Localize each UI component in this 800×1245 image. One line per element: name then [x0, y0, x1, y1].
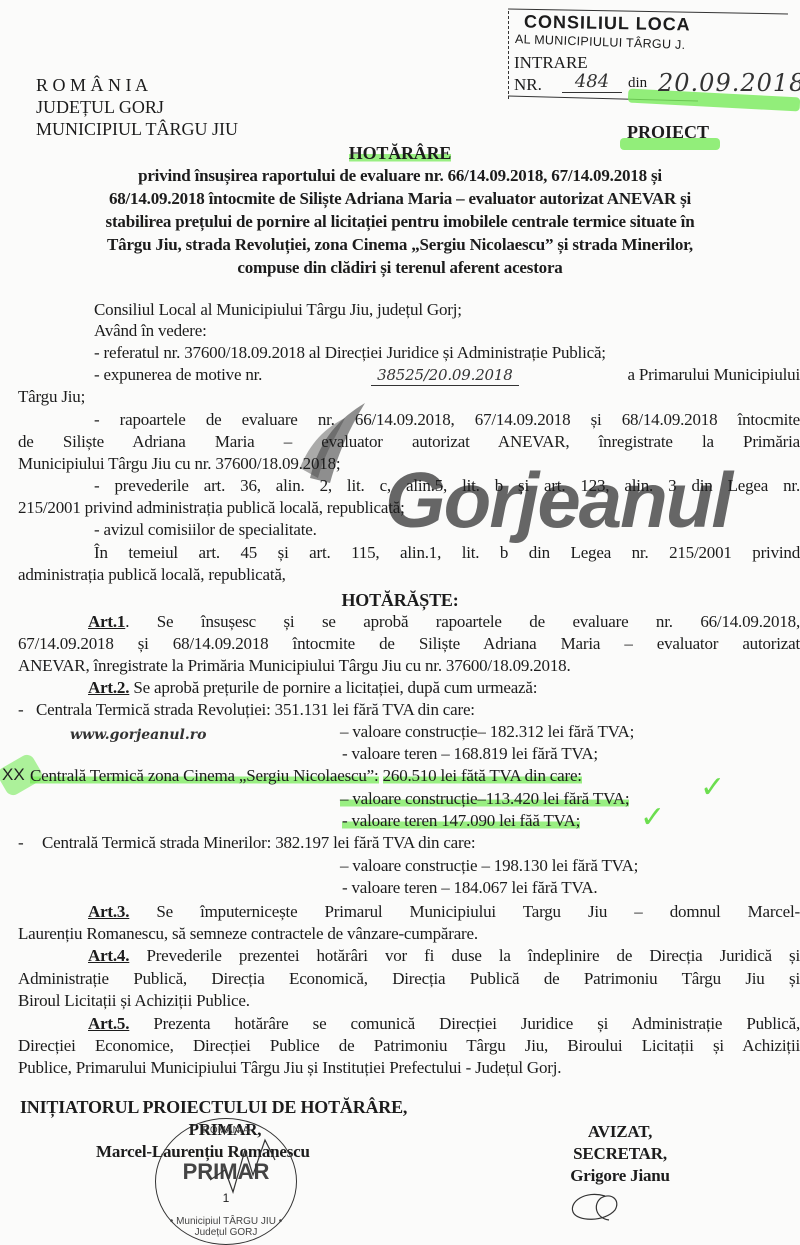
- preamble-council: Consiliul Local al Municipiului Târgu Ji…: [94, 300, 462, 320]
- preamble-temei: administrația publică locală, republicat…: [18, 565, 286, 585]
- article-text: Administrație Publică, Direcția Economic…: [18, 969, 800, 989]
- initiator-title: INIȚIATORUL PROIECTULUI DE HOTĂRÂRE,: [20, 1097, 407, 1117]
- watermark: Gorjeanul: [385, 455, 731, 546]
- price-item-name: Centrala Termică strada Revoluției:: [36, 700, 271, 719]
- secretary-name: Grigore Jianu: [540, 1166, 700, 1186]
- article-label: Art.4.: [88, 946, 129, 965]
- preamble-item: de Siliște Adriana Maria – evaluator aut…: [18, 432, 800, 452]
- stamp-line-1: CONSILIUL LOCA: [524, 12, 691, 36]
- price-item-construction: – valoare construcție–113.420 lei fără T…: [340, 789, 629, 809]
- stamp-din-label: din: [628, 75, 647, 92]
- article-2: Art.2. Se aprobă prețurile de pornire a …: [88, 678, 537, 698]
- price-item-name: Centrală Termică zona Cinema „Sergiu Nic…: [30, 766, 379, 785]
- article-3: Art.3. Se împuternicește Primarul Munici…: [88, 902, 800, 922]
- article-label: Art.1: [88, 612, 125, 631]
- stamp-frame: [508, 11, 509, 99]
- stamp-date-value: 20.09.2018: [658, 69, 800, 97]
- subtitle-line: 68/14.09.2018 întocmite de Siliște Adria…: [0, 189, 800, 209]
- header-municipality: MUNICIPIUL TÂRGU JIU: [36, 119, 238, 139]
- price-item: Centrala Termică strada Revoluției: 351.…: [36, 700, 475, 720]
- article-text: Prevederile prezentei hotărâri vor fi du…: [129, 946, 800, 965]
- price-item-total: 382.197 lei fără TVA din care:: [275, 833, 475, 852]
- article-text: Prezenta hotărâre se comunică Direcției …: [129, 1014, 800, 1033]
- article-text: 67/14.09.2018 și 68/14.09.2018 întocmite…: [18, 634, 800, 654]
- document-title: HOTĂRÂRE: [349, 143, 451, 163]
- checkmark-icon: ✓: [640, 800, 665, 835]
- article-text: Se împuternicește Primarul Municipiului …: [129, 902, 800, 921]
- article-4: Art.4. Prevederile prezentei hotărâri vo…: [88, 946, 800, 966]
- article-text: Publice, Primarului Municipiului Târgu J…: [18, 1058, 561, 1078]
- article-5: Art.5. Prezenta hotărâre se comunică Dir…: [88, 1014, 800, 1034]
- registration-stamp: CONSILIUL LOCA AL MUNICIPIULUI TÂRGU J. …: [500, 5, 800, 115]
- subtitle-line: stabilirea prețului de pornire al licita…: [0, 212, 800, 232]
- article-text: . Se însușesc și se aprobă rapoartele de…: [125, 612, 800, 631]
- website-watermark: www.gorjeanul.ro: [70, 727, 206, 743]
- price-item-bullet: -: [18, 700, 23, 720]
- preamble-item: 215/2001 privind administrația publică l…: [18, 498, 405, 518]
- approved-label: AVIZAT,: [540, 1122, 700, 1142]
- article-1: Art.1. Se însușesc și se aprobă rapoarte…: [88, 612, 800, 632]
- price-item-land-text: - valoare teren 147.090 lei făă TVA;: [342, 811, 580, 830]
- preamble-considering: Având în vedere:: [94, 321, 207, 341]
- price-item: Centrală Termică strada Minerilor: 382.1…: [42, 833, 475, 853]
- checkmark-icon: ✓: [700, 770, 725, 805]
- price-item-total: 260.510 lei fătă TVA din care:: [383, 766, 582, 785]
- stamp-nr-value: 484: [562, 71, 622, 93]
- expunere-prefix: - expunerea de motive nr.: [94, 365, 262, 386]
- price-item-name: Centrală Termică strada Minerilor:: [42, 833, 271, 852]
- preamble-temei: În temeiul art. 45 și art. 115, alin.1, …: [94, 543, 800, 563]
- article-text: Laurențiu Romanescu, să semneze contract…: [18, 924, 478, 944]
- price-item-construction-text: – valoare construcție–113.420 lei fără T…: [340, 789, 629, 808]
- expunere-suffix: a Primarului Municipiului: [627, 365, 800, 386]
- preamble-item: - referatul nr. 37600/18.09.2018 al Dire…: [94, 343, 606, 363]
- stamp-nr-label: NR.: [514, 75, 542, 95]
- header-country: R O M Â N I A: [36, 75, 148, 95]
- price-item: Centrală Termică zona Cinema „Sergiu Nic…: [30, 766, 582, 786]
- preamble-item: - rapoartele de evaluare nr. 66/14.09.20…: [94, 410, 800, 430]
- price-item-land: - valoare teren 147.090 lei făă TVA;: [342, 811, 580, 831]
- seal-bottom-text: • Municipiul TÂRGU JIU • Județul GORJ: [156, 1216, 296, 1238]
- document-status: PROIECT: [627, 122, 709, 143]
- price-item-bullet: XX: [2, 765, 25, 785]
- article-text: Se aprobă prețurile de pornire a licitaț…: [129, 678, 537, 697]
- article-text: Direcției Economice, Direcției Publice d…: [18, 1036, 800, 1056]
- preamble-item: Municipiului Târgu Jiu cu nr. 37600/18.0…: [18, 454, 340, 474]
- subtitle-line: Târgu Jiu, strada Revoluției, zona Cinem…: [0, 235, 800, 255]
- price-item-construction: – valoare construcție– 182.312 lei fără …: [340, 722, 634, 742]
- price-item-total: 351.131 lei fără TVA din care:: [275, 700, 475, 719]
- price-item-construction: – valoare construcție – 198.130 lei fără…: [340, 856, 638, 876]
- price-item-land: - valoare teren – 168.819 lei fără TVA;: [342, 744, 598, 764]
- handwritten-number: 38525/20.09.2018: [371, 365, 518, 386]
- article-text: Biroul Licitații și Achiziții Publice.: [18, 991, 250, 1011]
- article-label: Art.5.: [88, 1014, 129, 1033]
- preamble-item: - avizul comisiilor de specialitate.: [94, 520, 317, 540]
- subtitle-line: privind însușirea raportului de evaluare…: [0, 166, 800, 186]
- price-item-bullet: -: [18, 833, 23, 853]
- secretary-signature-icon: [565, 1188, 625, 1224]
- article-text: ANEVAR, înregistrate la Primăria Municip…: [18, 656, 571, 676]
- article-label: Art.3.: [88, 902, 129, 921]
- stamp-line-2: AL MUNICIPIULUI TÂRGU J.: [515, 32, 686, 52]
- secretary-role: SECRETAR,: [540, 1144, 700, 1164]
- stamp-line-3: INTRARE: [514, 53, 588, 73]
- preamble-item: - prevederile art. 36, alin. 2, lit. c, …: [94, 476, 800, 496]
- preamble-item-cont: Târgu Jiu;: [18, 387, 85, 407]
- mayor-signature-icon: [205, 1130, 285, 1200]
- article-label: Art.2.: [88, 678, 129, 697]
- header-county: JUDEȚUL GORJ: [36, 97, 164, 117]
- preamble-item: - expunerea de motive nr. 38525/20.09.20…: [94, 365, 800, 386]
- price-item-land: - valoare teren – 184.067 lei fără TVA.: [342, 878, 597, 898]
- subtitle-line: compuse din clădiri și terenul aferent a…: [0, 258, 800, 278]
- decides-heading: HOTĂRĂȘTE:: [0, 590, 800, 610]
